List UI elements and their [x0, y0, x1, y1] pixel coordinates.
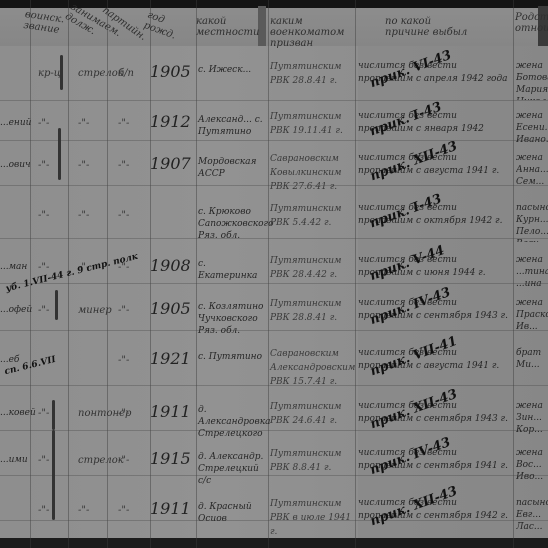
- document-scan: воинск. звание занимаем. долж. партийн. …: [0, 0, 548, 548]
- checkmark-icon: [60, 55, 63, 90]
- position-cell: стрелок: [78, 455, 124, 466]
- rank-cell: -"-: [38, 160, 49, 171]
- position-cell: -"-: [78, 118, 89, 129]
- rank-cell: кр-ц: [38, 68, 61, 79]
- origin-cell: с. Екатеринка: [198, 258, 266, 282]
- party-cell: -"-: [118, 505, 129, 516]
- draft-cell: Путятинским РВК 19.11.41 г.: [270, 110, 354, 138]
- relative-cell: брат Ми...: [516, 347, 548, 387]
- rank-cell: -"-: [38, 305, 49, 316]
- surname-cell: ...ман: [0, 262, 27, 272]
- birth-year-cell: 1905: [150, 62, 191, 81]
- party-cell: -"-: [118, 305, 129, 316]
- rank-cell: -"-: [38, 262, 49, 273]
- surname-cell: ...ений: [0, 118, 31, 128]
- origin-cell: д. Красный Осиов: [198, 501, 266, 525]
- position-cell: минер: [78, 305, 112, 316]
- origin-cell: Мордовская АССР: [198, 156, 266, 180]
- draft-cell: Саврановским Александровским РВК 15.7.41…: [270, 347, 354, 389]
- origin-cell: с. Ижеск...: [198, 64, 266, 76]
- checkmark-icon: [52, 400, 55, 430]
- birth-year-cell: 1915: [150, 449, 191, 468]
- birth-year-cell: 1912: [150, 112, 191, 131]
- draft-cell: Путятинским РВК 28.8.41 г.: [270, 60, 354, 88]
- surname-cell: ...ович: [0, 160, 31, 170]
- draft-cell: Путятинским РВК 28.8.41 г.: [270, 297, 354, 325]
- draft-cell: Путятинским РВК 24.6.41 г.: [270, 400, 354, 428]
- birth-year-cell: 1908: [150, 256, 191, 275]
- rank-cell: -"-: [38, 118, 49, 129]
- relative-cell: пасынок Евг... Лас...: [516, 497, 548, 537]
- rank-cell: -"-: [38, 210, 49, 221]
- position-cell: -"-: [78, 210, 89, 221]
- birth-year-cell: 1911: [150, 402, 191, 421]
- position-cell: -"-: [78, 160, 89, 171]
- relative-cell: жена Прасковья Ив...: [516, 297, 548, 337]
- relative-cell: пасынок Курн... Пело... Васи...: [516, 202, 548, 242]
- party-cell: -"-: [118, 355, 129, 366]
- draft-cell: Путятинским РВК 8.8.41 г.: [270, 447, 354, 475]
- party-cell: -"-: [118, 408, 129, 419]
- surname-cell: ...офей: [0, 305, 32, 315]
- origin-cell: с. Козлятино Чучковского Ряз. обл.: [198, 301, 266, 337]
- checkmark-icon: [55, 290, 58, 320]
- surname-cell: ...ковей: [0, 408, 36, 418]
- checkmark-icon: [52, 430, 55, 520]
- party-cell: -"-: [118, 455, 129, 466]
- rank-cell: -"-: [38, 505, 49, 516]
- header-origin: какой местности: [196, 16, 266, 38]
- birth-year-cell: 1921: [150, 349, 191, 368]
- origin-cell: с. Крюково Сапожковского Ряз. обл.: [198, 206, 266, 242]
- party-cell: -"-: [118, 210, 129, 221]
- position-cell: -"-: [78, 505, 89, 516]
- origin-cell: д. Александр. Стрелецкий с/с: [198, 451, 266, 487]
- origin-cell: с. Путятино: [198, 351, 266, 363]
- origin-cell: Александ... с. Путятино: [198, 114, 266, 138]
- relative-cell: жена Анна... Сем...: [516, 152, 548, 192]
- relative-cell: жена Ботова Мария Николаевна: [516, 60, 548, 100]
- header-draft: каким военкоматом призван: [270, 16, 354, 49]
- header-relatives: Родств. отнош.: [515, 12, 548, 34]
- scan-border-bottom: [0, 538, 548, 548]
- draft-cell: Путятинским РВК 28.4.42 г.: [270, 254, 354, 282]
- party-cell: -"-: [118, 160, 129, 171]
- relative-cell: жена Зин... Кор...: [516, 400, 548, 440]
- relative-cell: жена ...тина ...ина: [516, 254, 548, 294]
- rank-cell: -"-: [38, 408, 49, 419]
- party-cell: б/п: [118, 68, 134, 79]
- birth-year-cell: 1905: [150, 299, 191, 318]
- birth-year-cell: 1911: [150, 499, 191, 518]
- birth-year-cell: 1907: [150, 154, 191, 173]
- position-cell: стрелок: [78, 68, 124, 79]
- checkmark-icon: [58, 128, 61, 180]
- header-reason: по какой причине выбыл: [385, 16, 475, 38]
- draft-cell: Саврановским Ковылкинским РВК 27.6.41 г.: [270, 152, 354, 194]
- draft-cell: Путятинским РВК 5.4.42 г.: [270, 202, 354, 230]
- rank-cell: -"-: [38, 455, 49, 466]
- origin-cell: д. Александровка Стрелецкого: [198, 404, 266, 440]
- relative-cell: жена Вос... Иво...: [516, 447, 548, 487]
- surname-cell: ...ими: [0, 455, 28, 465]
- draft-cell: Путятинским РВК в июле 1941 г.: [270, 497, 354, 539]
- party-cell: -"-: [118, 118, 129, 129]
- relative-cell: жена Есени... Ивано...: [516, 110, 548, 150]
